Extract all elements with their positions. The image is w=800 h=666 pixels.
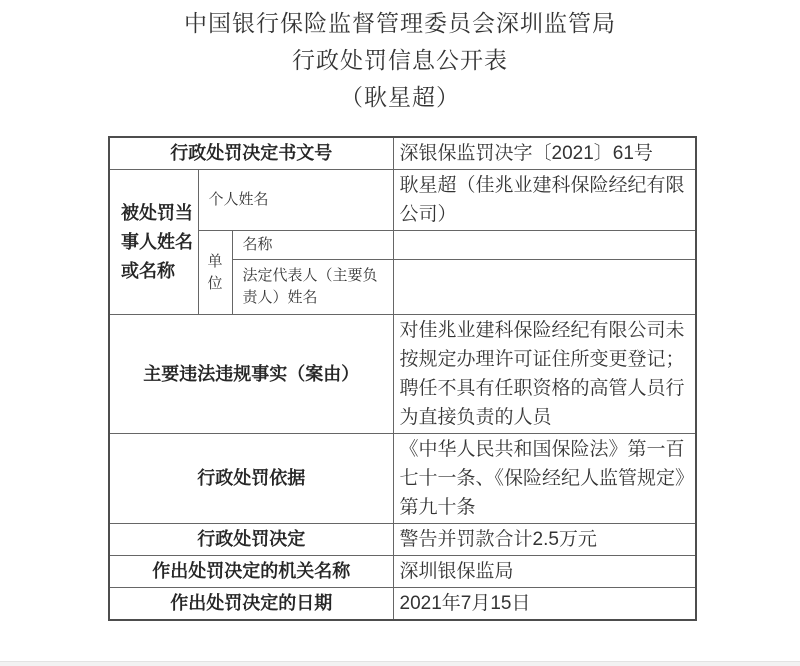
facts-label: 主要违法违规事实（案由） [109, 315, 393, 434]
authority-label: 作出处罚决定的机关名称 [109, 556, 393, 588]
table-row: 单位 名称 [109, 231, 696, 260]
unit-name-label: 名称 [232, 231, 393, 260]
facts-value: 对佳兆业建科保险经纪有限公司未按规定办理许可证住所变更登记；聘任不具有任职资格的… [393, 315, 696, 434]
date-label: 作出处罚决定的日期 [109, 588, 393, 621]
table-row: 行政处罚依据 《中华人民共和国保险法》第一百七十一条、《保险经纪人监管规定》第九… [109, 434, 696, 524]
decision-value: 警告并罚款合计2.5万元 [393, 524, 696, 556]
table-row: 作出处罚决定的机关名称 深圳银保监局 [109, 556, 696, 588]
unit-label: 单位 [198, 231, 232, 315]
unit-name-value [393, 231, 696, 260]
unit-label-text: 单位 [207, 251, 223, 295]
page-bottom-divider [0, 661, 800, 666]
table-row: 行政处罚决定书文号 深银保监罚决字〔2021〕61号 [109, 137, 696, 170]
legal-rep-label: 法定代表人（主要负责人）姓名 [232, 260, 393, 315]
personal-name-label: 个人姓名 [198, 170, 393, 231]
basis-label: 行政处罚依据 [109, 434, 393, 524]
title-line-subject: （耿星超） [0, 79, 800, 116]
legal-rep-value [393, 260, 696, 315]
title-line-document-type: 行政处罚信息公开表 [0, 42, 800, 79]
page-title: 中国银行保险监督管理委员会深圳监管局 行政处罚信息公开表 （耿星超） [0, 5, 800, 116]
page: { "title": { "line1": "中国银行保险监督管理委员会深圳监管… [0, 0, 800, 666]
title-line-authority: 中国银行保险监督管理委员会深圳监管局 [0, 5, 800, 42]
table-row: 被处罚当事人姓名或名称 个人姓名 耿星超（佳兆业建科保险经纪有限公司） [109, 170, 696, 231]
doc-number-value: 深银保监罚决字〔2021〕61号 [393, 137, 696, 170]
decision-label: 行政处罚决定 [109, 524, 393, 556]
basis-value: 《中华人民共和国保险法》第一百七十一条、《保险经纪人监管规定》第九十条 [393, 434, 696, 524]
personal-name-value: 耿星超（佳兆业建科保险经纪有限公司） [393, 170, 696, 231]
party-name-label: 被处罚当事人姓名或名称 [109, 170, 198, 315]
doc-number-label: 行政处罚决定书文号 [109, 137, 393, 170]
penalty-table: 行政处罚决定书文号 深银保监罚决字〔2021〕61号 被处罚当事人姓名或名称 个… [108, 136, 697, 621]
table-row: 主要违法违规事实（案由） 对佳兆业建科保险经纪有限公司未按规定办理许可证住所变更… [109, 315, 696, 434]
date-value: 2021年7月15日 [393, 588, 696, 621]
table-row: 作出处罚决定的日期 2021年7月15日 [109, 588, 696, 621]
authority-value: 深圳银保监局 [393, 556, 696, 588]
table-row: 行政处罚决定 警告并罚款合计2.5万元 [109, 524, 696, 556]
